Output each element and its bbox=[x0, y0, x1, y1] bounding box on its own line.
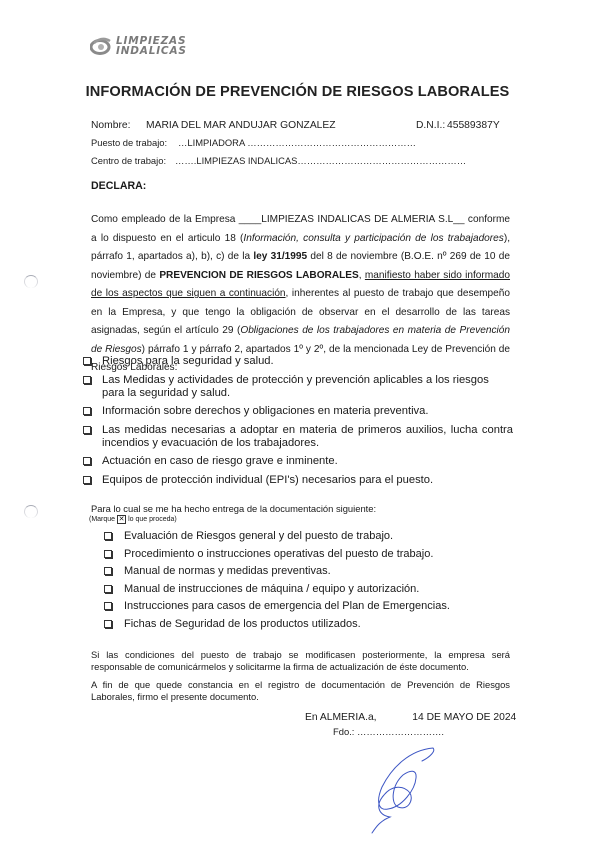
law-reference: ley 31/1995 bbox=[253, 251, 307, 262]
name-label: Nombre: bbox=[91, 120, 130, 131]
dni-label: D.N.I.: bbox=[416, 120, 445, 131]
doc-item: Procedimiento o instrucciones operativas… bbox=[104, 548, 524, 561]
punch-hole bbox=[24, 275, 38, 288]
doc-item: Manual de normas y medidas preventivas. bbox=[104, 565, 524, 578]
footer-paragraph-2: A fin de que quede constancia en el regi… bbox=[91, 679, 510, 703]
checked-box-icon: ✕ bbox=[117, 515, 126, 524]
checkbox-icon[interactable] bbox=[104, 567, 112, 575]
checkbox-icon[interactable] bbox=[83, 476, 91, 484]
handwritten-signature bbox=[370, 745, 450, 835]
center-label: Centro de trabajo: bbox=[91, 155, 166, 166]
doc-item-label: Evaluación de Riesgos general y del pues… bbox=[124, 530, 393, 542]
checkbox-icon[interactable] bbox=[83, 457, 91, 465]
checkbox-icon[interactable] bbox=[104, 620, 112, 628]
footer-paragraph-1: Si las condiciones del puesto de trabajo… bbox=[91, 649, 510, 673]
dni-value: 45589387Y bbox=[447, 120, 500, 131]
checkbox-icon[interactable] bbox=[104, 585, 112, 593]
checkbox-icon[interactable] bbox=[104, 602, 112, 610]
checkbox-icon[interactable] bbox=[83, 426, 91, 434]
documentation-list: Evaluación de Riesgos general y del pues… bbox=[104, 530, 524, 636]
doc-item-label: Fichas de Seguridad de los productos uti… bbox=[124, 618, 361, 630]
checkbox-icon[interactable] bbox=[104, 532, 112, 540]
doc-item: Manual de instrucciones de máquina / equ… bbox=[104, 583, 524, 596]
doc-item: Evaluación de Riesgos general y del pues… bbox=[104, 530, 524, 543]
list-item: Riesgos para la seguridad y salud. bbox=[83, 355, 513, 368]
law-name: PREVENCION DE RIESGOS LABORALES bbox=[159, 270, 358, 281]
job-label: Puesto de trabajo: bbox=[91, 137, 167, 148]
list-item-label: Riesgos para la seguridad y salud. bbox=[102, 355, 274, 367]
aspects-list: Riesgos para la seguridad y salud. Las M… bbox=[83, 355, 513, 493]
doc-item-label: Manual de instrucciones de máquina / equ… bbox=[124, 583, 419, 595]
doc-item: Fichas de Seguridad de los productos uti… bbox=[104, 618, 524, 631]
list-item-label: Actuación en caso de riesgo grave e inmi… bbox=[102, 455, 338, 467]
checkbox-icon[interactable] bbox=[83, 376, 91, 384]
list-item: Equipos de protección individual (EPI's)… bbox=[83, 474, 513, 487]
list-item-label: Las medidas necesarias a adoptar en mate… bbox=[102, 424, 513, 449]
list-item: Las Medidas y actividades de protección … bbox=[83, 374, 513, 400]
list-item: Las medidas necesarias a adoptar en mate… bbox=[83, 424, 513, 450]
marque-instruction: (Marque ✕ lo que proceda) bbox=[89, 515, 177, 524]
company-logo: LIMPIEZAS INDALICAS bbox=[90, 36, 187, 56]
marque-post: lo que proceda) bbox=[128, 516, 177, 523]
signature-date: 14 DE MAYO DE 2024 bbox=[412, 712, 516, 723]
article-18-title: Información, consulta y participación de… bbox=[243, 233, 503, 244]
signature-fdo: Fdo.: ………………………. bbox=[333, 726, 444, 737]
checkbox-icon[interactable] bbox=[83, 407, 91, 415]
doc-item: Instrucciones para casos de emergencia d… bbox=[104, 600, 524, 613]
list-item: Actuación en caso de riesgo grave e inmi… bbox=[83, 455, 513, 468]
documentation-intro: Para lo cual se me ha hecho entrega de l… bbox=[91, 503, 376, 514]
doc-item-label: Procedimiento o instrucciones operativas… bbox=[124, 548, 433, 560]
declaration-paragraph: Como empleado de la Empresa ____LIMPIEZA… bbox=[91, 211, 510, 378]
company-swirl-icon bbox=[90, 37, 112, 55]
name-value: MARIA DEL MAR ANDUJAR GONZALEZ bbox=[146, 120, 336, 131]
logo-line2: INDALICAS bbox=[116, 46, 187, 56]
list-item-label: Las Medidas y actividades de protección … bbox=[102, 374, 489, 399]
list-item: Información sobre derechos y obligacione… bbox=[83, 405, 513, 418]
declara-heading: DECLARA: bbox=[91, 180, 146, 192]
center-value: …….LIMPIEZAS INDALICAS……………………………………………… bbox=[175, 155, 466, 166]
list-item-label: Equipos de protección individual (EPI's)… bbox=[102, 474, 433, 486]
doc-item-label: Instrucciones para casos de emergencia d… bbox=[124, 600, 450, 612]
doc-item-label: Manual de normas y medidas preventivas. bbox=[124, 565, 331, 577]
page-title: INFORMACIÓN DE PREVENCIÓN DE RIESGOS LAB… bbox=[0, 84, 595, 100]
marque-pre: (Marque bbox=[89, 516, 115, 523]
list-item-label: Información sobre derechos y obligacione… bbox=[102, 405, 428, 417]
signature-place-date: En ALMERIA.a, 14 DE MAYO DE 2024 bbox=[305, 712, 516, 723]
job-value: …LIMPIADORA ……………………………………………… bbox=[178, 137, 416, 148]
checkbox-icon[interactable] bbox=[83, 357, 91, 365]
checkbox-icon[interactable] bbox=[104, 550, 112, 558]
signature-place: En ALMERIA.a, bbox=[305, 712, 377, 723]
punch-hole bbox=[24, 505, 38, 518]
